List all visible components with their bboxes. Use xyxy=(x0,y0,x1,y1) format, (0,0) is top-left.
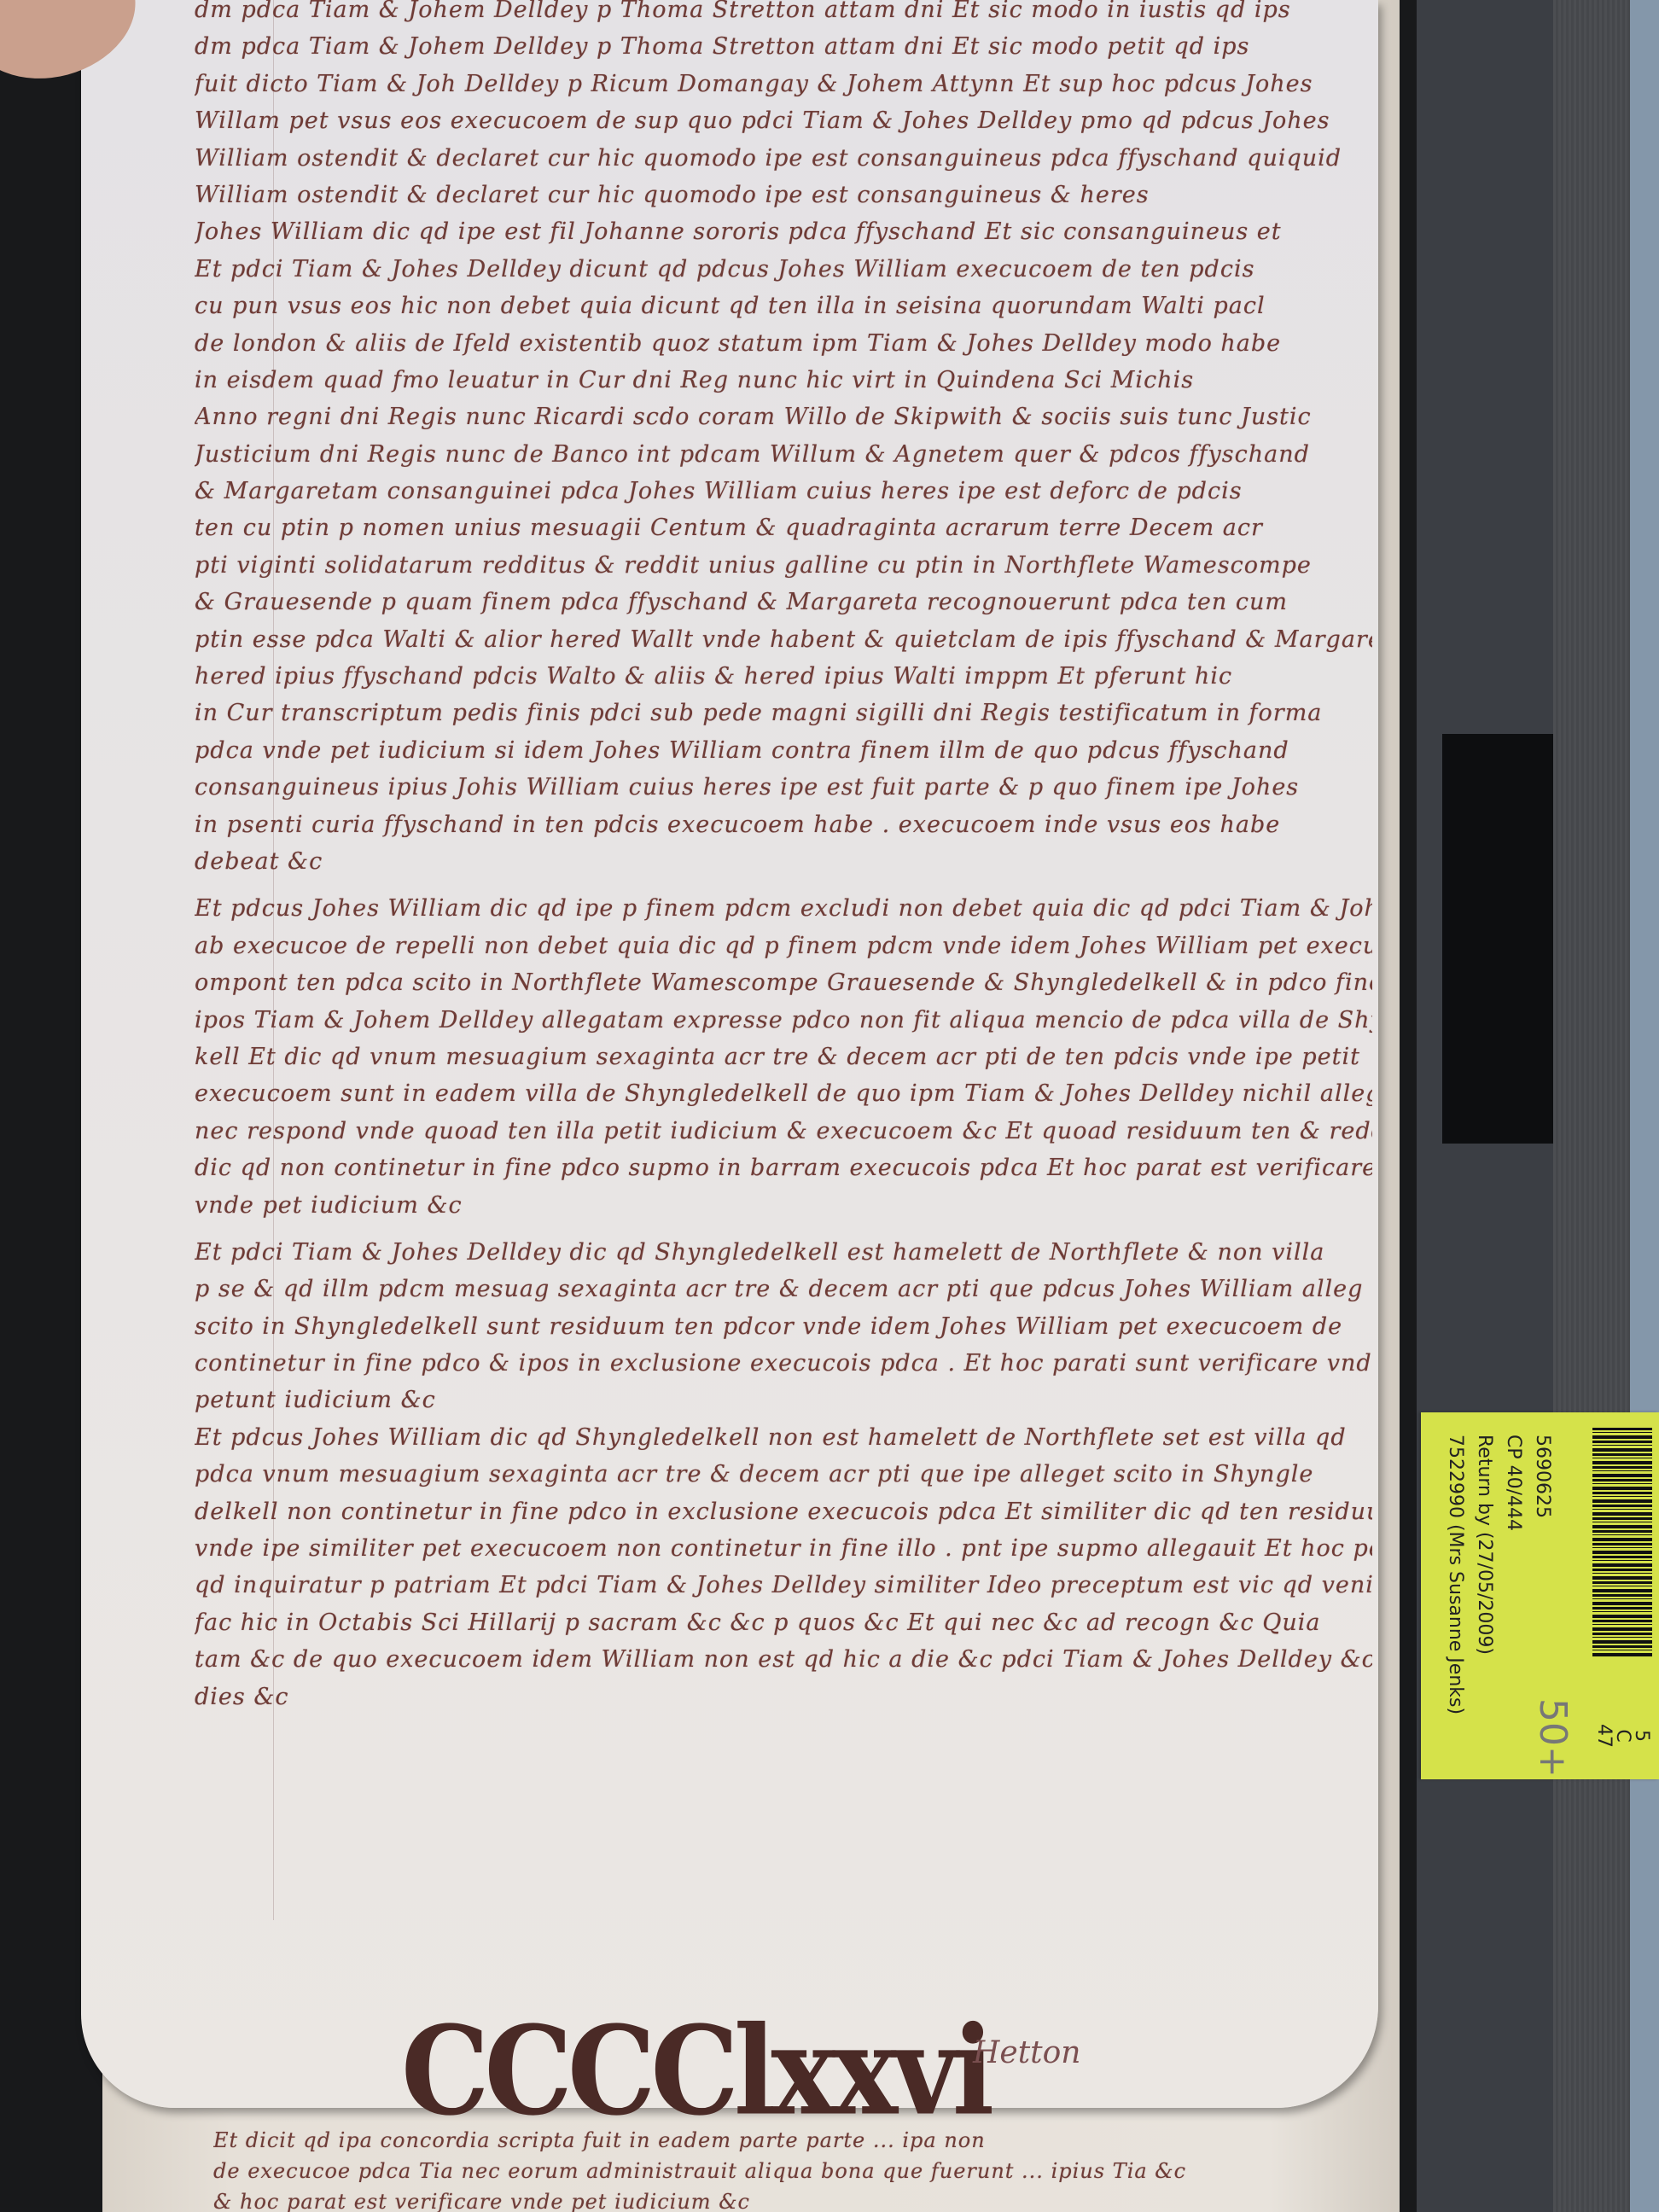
manuscript-line: Johes William dic qd ipe est fil Johanne… xyxy=(195,213,1372,250)
manuscript-line: qd inquiratur p patriam Et pdci Tiam & J… xyxy=(195,1567,1372,1604)
manuscript-line: de execucoe pdca Tia nec eorum administr… xyxy=(213,2156,1408,2186)
manuscript-line: p se & qd illm pdcm mesuag sexaginta acr… xyxy=(195,1271,1372,1307)
foam-support xyxy=(1553,0,1634,2212)
return-date: Return by (27/05/2009) xyxy=(1470,1435,1499,1714)
membrane-number: CCCClxxvi xyxy=(401,1999,989,2142)
manuscript-line: & hoc parat est verificare vnde pet iudi… xyxy=(213,2186,1408,2212)
manuscript-line: pdca vnde pet iudicium si idem Johes Wil… xyxy=(195,732,1372,769)
manuscript-line: Et pdci Tiam & Johes Delldey dic qd Shyn… xyxy=(195,1234,1372,1271)
manuscript-line: Willam pet vsus eos execucoem de sup quo… xyxy=(195,102,1372,139)
manuscript-line: Justicium dni Regis nunc de Banco int pd… xyxy=(195,436,1372,473)
manuscript-line: de london & aliis de Ifeld existentib qu… xyxy=(195,325,1372,362)
manuscript-line: in Cur transcriptum pedis finis pdci sub… xyxy=(195,695,1372,731)
manuscript-line: ipos Tiam & Johem Delldey allegatam expr… xyxy=(195,1002,1372,1039)
manuscript-line: dic qd non continetur in fine pdco supmo… xyxy=(195,1150,1372,1186)
manuscript-line: hered ipius ffyschand pdcis Walto & alii… xyxy=(195,658,1372,695)
manuscript-line: petunt iudicium &c xyxy=(195,1382,1372,1418)
manuscript-line: execucoem sunt in eadem villa de Shyngle… xyxy=(195,1075,1372,1112)
manuscript-line: tam &c de quo execucoem idem William non… xyxy=(195,1641,1372,1678)
slip-details: 5690625 CP 40/444 Return by (27/05/2009)… xyxy=(1441,1435,1557,1714)
manuscript-line: pti viginti solidatarum redditus & reddi… xyxy=(195,547,1372,584)
manuscript-line: vnde pet iudicium &c xyxy=(195,1187,1372,1224)
manuscript-line: William ostendit & declaret cur hic quom… xyxy=(195,177,1372,213)
slip-code: 5 C 47 xyxy=(1594,1724,1650,1748)
barcode-number: 5690625 xyxy=(1528,1435,1557,1714)
manuscript-line: Et pdcus Johes William dic qd ipe p fine… xyxy=(195,890,1372,927)
manuscript-line: dies &c xyxy=(195,1679,1372,1715)
manuscript-line: & Margaretam consanguinei pdca Johes Wil… xyxy=(195,473,1372,509)
manuscript-line: William ostendit & declaret cur hic quom… xyxy=(195,140,1372,177)
manuscript-line: continetur in fine pdco & ipos in exclus… xyxy=(195,1345,1372,1382)
manuscript-line: fuit dicto Tiam & Joh Delldey p Ricum Do… xyxy=(195,66,1372,102)
background-blue xyxy=(1630,0,1659,2212)
manuscript-line: nec respond vnde quoad ten illa petit iu… xyxy=(195,1113,1372,1150)
manuscript-line: dm pdca Tiam & Johem Delldey p Thoma Str… xyxy=(195,0,1372,28)
manuscript-line: consanguineus ipius Johis William cuius … xyxy=(195,769,1372,806)
clerk-signature: Hetton xyxy=(973,2035,1081,2070)
manuscript-line: delkell non continetur in fine pdco in e… xyxy=(195,1493,1372,1530)
manuscript-line: Anno regni dni Regis nunc Ricardi scdo c… xyxy=(195,399,1372,435)
manuscript-line: ompont ten pdca scito in Northflete Wame… xyxy=(195,964,1372,1001)
manuscript-line: ab execucoe de repelli non debet quia di… xyxy=(195,928,1372,964)
manuscript-line: ptin esse pdca Walti & alior hered Wallt… xyxy=(195,621,1372,658)
manuscript-line: Et pdci Tiam & Johes Delldey dicunt qd p… xyxy=(195,251,1372,288)
manuscript-line: kell Et dic qd vnum mesuagium sexaginta … xyxy=(195,1039,1372,1075)
manuscript-line: dm pdca Tiam & Johem Delldey p Thoma Str… xyxy=(195,28,1372,65)
manuscript-line: Et pdcus Johes William dic qd Shyngledel… xyxy=(195,1419,1372,1456)
manuscript-line: in eisdem quad fmo leuatur in Cur dni Re… xyxy=(195,362,1372,399)
manuscript-line: & Grauesende p quam finem pdca ffyschand… xyxy=(195,584,1372,620)
manuscript-line: ten cu ptin p nomen unius mesuagii Centu… xyxy=(195,509,1372,546)
manuscript-line: pdca vnum mesuagium sexaginta acr tre & … xyxy=(195,1456,1372,1493)
manuscript-line: debeat &c xyxy=(195,843,1372,880)
document-reference: CP 40/444 xyxy=(1499,1435,1528,1714)
handwritten-note: 50+ xyxy=(1531,1698,1575,1778)
manuscript-line: in psenti curia ffyschand in ten pdcis e… xyxy=(195,806,1372,843)
manuscript-line: fac hic in Octabis Sci Hillarij p sacram… xyxy=(195,1604,1372,1641)
manuscript-text: dm pdca Tiam & Johem Delldey p Thoma Str… xyxy=(195,0,1372,1715)
barcode xyxy=(1592,1428,1652,1658)
manuscript-line: cu pun vsus eos hic non debet quia dicun… xyxy=(195,288,1372,324)
manuscript-line: vnde ipe similiter pet execucoem non con… xyxy=(195,1530,1372,1567)
manuscript-line: scito in Shyngledelkell sunt residuum te… xyxy=(195,1308,1372,1345)
reader-ticket: 7522990 (Mrs Susanne Jenks) xyxy=(1441,1435,1470,1714)
